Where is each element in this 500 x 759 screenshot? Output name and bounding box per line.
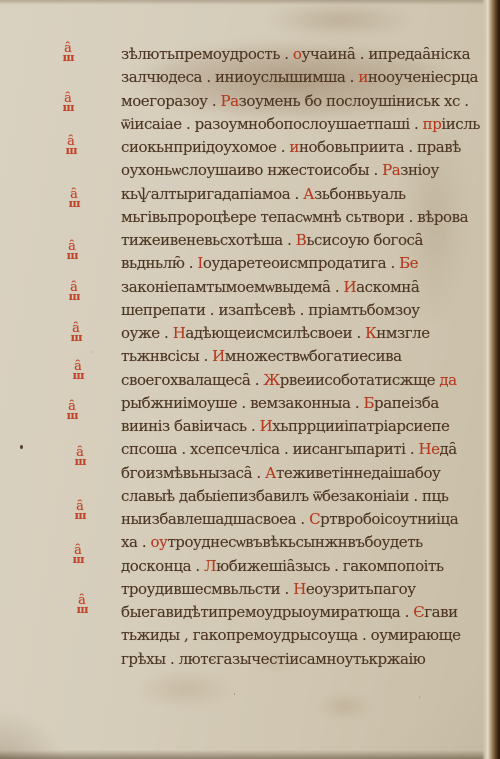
margin-mark: а̑ш <box>61 188 87 209</box>
rubric-text-run: да <box>439 371 456 389</box>
rubric-text-run: И <box>212 347 225 365</box>
rubric-text-run: и <box>289 138 299 156</box>
ink-text-run: троудившесмвьльсти . <box>121 580 293 598</box>
text-line: зѣлютьпремоудрость . оучаина̑ . ипредаа̑… <box>121 45 483 68</box>
rubric-text-run: Ра <box>221 92 239 110</box>
manuscript-photo: а̑ша̑ша̑ша̑ша̑ша̑ша̑ша̑ша̑ша̑ша̑ша̑ша̑ш … <box>0 0 500 759</box>
ink-text-run: теживетіннедаішабоу <box>276 464 440 482</box>
text-line: мьгівьпророцѣере тепасѡмнѣ сьтвори . вѣр… <box>121 208 483 231</box>
ink-text-run: учаина̑ . ипредаа̑ніска <box>301 45 470 63</box>
ink-text-run: ьсисоую богоса̑ <box>306 231 423 249</box>
ink-text-run: да̑ <box>440 440 457 458</box>
rubric-text-run: Н <box>173 324 186 342</box>
margin-mark: а̑ш <box>67 500 93 521</box>
margin-mark-bottom-glyph: ш <box>67 456 93 467</box>
margin-mark-bottom-glyph: ш <box>58 145 84 156</box>
rubric-text-run: С <box>309 510 320 528</box>
ink-text-run: оударетеоисмпродатига . <box>203 254 399 272</box>
page-edge-bottom <box>0 750 500 759</box>
margin-mark-bottom-glyph: ш <box>63 332 89 343</box>
ink-text-run: адѣющеисмсилѣсвоеи . <box>185 324 365 342</box>
text-line: тижеивеневьсхотѣша . Вьсисоую богоса̑ <box>121 231 483 254</box>
text-line: быегавидѣтипремоудрыоумиратюща . Єгави <box>121 603 483 626</box>
ink-text-run: тьжнвсісы . <box>121 347 212 365</box>
text-line: моегоразоу . Разоумень бо послоушіниськ … <box>121 92 483 115</box>
ink-text-run: оуже . <box>121 324 173 342</box>
text-line: вьдньлю̑ . Іоударетеоисмпродатига . Бе <box>121 254 483 277</box>
margin-mark: а̑ш <box>67 446 93 467</box>
rubric-text-run: Не <box>418 440 439 458</box>
text-line: залчюдеса . иниоуслышимша . инооученіеср… <box>121 68 483 91</box>
margin-mark-bottom-glyph: ш <box>65 554 91 565</box>
page-edge-top <box>0 0 500 5</box>
margin-mark: а̑ш <box>55 92 81 113</box>
rubric-text-run: Ж <box>263 371 279 389</box>
rubric-text-run: К <box>365 324 376 342</box>
ink-text-run: спсоша . хсепсечліса . иисангыпариті . <box>121 440 418 458</box>
text-line: тьжнвсісы . Имножествѡбогатиесива <box>121 347 483 370</box>
ink-text-run: бгоизмѣвьнызаса̑ . <box>121 464 265 482</box>
ink-text-run: сиокьнприідоухомое . <box>121 138 289 156</box>
ink-text-run: вьдньлю̑ . <box>121 254 197 272</box>
margin-mark-bottom-glyph: ш <box>55 52 81 63</box>
rubric-text-run: Л <box>204 557 216 575</box>
ink-text-run: зоумень бо послоушіниськ хс . <box>239 92 469 110</box>
text-line: ѿіисаіае . разоумнобопослоушаетпаші . пр… <box>121 115 483 138</box>
ink-text-run: еоузритьпагоу <box>306 580 416 598</box>
text-block: зѣлютьпремоудрость . оучаина̑ . ипредаа̑… <box>121 45 483 673</box>
ink-text-run: тьжиды , гакопремоудрысоуща . оумирающе <box>121 626 461 644</box>
margin-mark-bottom-glyph: ш <box>67 510 93 521</box>
text-line: тьжиды , гакопремоудрысоуща . оумирающе <box>121 626 483 649</box>
rubric-text-run: И <box>260 417 273 435</box>
ink-text-run: шепрепати . изапѣсевѣ . пріамтьбомзоу <box>121 301 420 319</box>
margin-mark: а̑ш <box>55 42 81 63</box>
margin-mark: а̑ш <box>61 281 87 302</box>
margin-mark-bottom-glyph: ш <box>59 410 85 421</box>
rubric-text-run: пр <box>423 115 442 133</box>
ink-text-run: ртвробоісоутниіца <box>320 510 458 528</box>
ink-text-run: рвеиисоботатисжще <box>280 371 440 389</box>
text-line: рыбжниімоуше . вемзаконныа . Брапеізба <box>121 394 483 417</box>
text-line: грѣхы . лютєгазычестіисамноутькржаію <box>121 650 483 673</box>
ink-text-run: зніоу <box>400 161 439 179</box>
rubric-text-run: Є <box>413 603 424 621</box>
margin-mark: а̑ш <box>58 135 84 156</box>
parchment-specks <box>20 445 23 449</box>
ink-text-run: залчюдеса . иниоуслышимша . <box>121 68 358 86</box>
ink-text-run: іисль <box>441 115 480 133</box>
ink-text-run: рапеізба <box>374 394 439 412</box>
rubric-text-run: оу <box>150 533 167 551</box>
text-line: своегохвалащеса̑ . Жрвеиисоботатисжще да <box>121 371 483 394</box>
text-line: ха . оутроуднесѡвъвѣкьсынжнвъбоудеть <box>121 533 483 556</box>
margin-mark: а̑ш <box>65 544 91 565</box>
ink-text-run: оухоньѡслоушаиво нжестоисобы . <box>121 161 382 179</box>
margin-mark: а̑ш <box>59 400 85 421</box>
ink-text-run: юбижешіа̑зысь . гакомпопоіть <box>216 557 443 575</box>
ink-text-run: ныизбавлешадшасвоеа . <box>121 510 309 528</box>
ink-text-run: славыѣ дабыіепизбавилъ ѿбезаконіаіи . пц… <box>121 487 448 505</box>
book-fore-edge <box>482 0 500 759</box>
rubric-text-run: В <box>296 231 307 249</box>
margin-mark-bottom-glyph: ш <box>55 102 81 113</box>
text-line: троудившесмвьльсти . Неоузритьпагоу <box>121 580 483 603</box>
ink-text-run: тижеивеневьсхотѣша . <box>121 231 296 249</box>
margin-mark: а̑ш <box>63 322 89 343</box>
ink-text-run: мьгівьпророцѣере тепасѡмнѣ сьтвори . вѣр… <box>121 208 468 226</box>
text-line: ныизбавлешадшасвоеа . Сртвробоісоутниіца <box>121 510 483 533</box>
ink-text-run: кьѱалтыригадапіамоа . <box>121 185 303 203</box>
rubric-text-run: Б <box>363 394 374 412</box>
ink-text-run: грѣхы . лютєгазычестіисамноутькржаію <box>121 650 425 668</box>
text-line: досконца . Любижешіа̑зысь . гакомпопоіть <box>121 557 483 580</box>
ink-text-run: зѣлютьпремоудрость . <box>121 45 293 63</box>
margin-mark-bottom-glyph: ш <box>69 604 95 615</box>
text-line: законіепамтымоемѡвыдема̑ . Иаскомна̑ <box>121 278 483 301</box>
text-line: вииніз бавіичась . Ихьпррцииіпатріарсиеп… <box>121 417 483 440</box>
rubric-text-run: А <box>265 464 276 482</box>
ink-text-run: нобовьприита . правѣ <box>299 138 461 156</box>
ink-text-run: ѿіисаіае . разоумнобопослоушаетпаші . <box>121 115 423 133</box>
ink-text-run: быегавидѣтипремоудрыоумиратюща . <box>121 603 413 621</box>
ink-text-run: хьпррцииіпатріарсиепе <box>272 417 449 435</box>
margin-mark-bottom-glyph: ш <box>61 198 87 209</box>
rubric-text-run: и <box>358 68 368 86</box>
ink-text-run: вииніз бавіичась . <box>121 417 260 435</box>
rubric-text-run: Бе <box>399 254 418 272</box>
ink-text-run: троуднесѡвъвѣкьсынжнвъбоудеть <box>167 533 422 551</box>
rubric-text-run: Н <box>293 580 306 598</box>
ink-text-run: рыбжниімоуше . вемзаконныа . <box>121 394 363 412</box>
text-line: шепрепати . изапѣсевѣ . пріамтьбомзоу <box>121 301 483 324</box>
margin-mark-bottom-glyph: ш <box>61 291 87 302</box>
ink-text-run: аскомна̑ <box>356 278 419 296</box>
ink-text-run: досконца . <box>121 557 204 575</box>
ink-text-run: нооученіесрца <box>368 68 478 86</box>
text-line: сиокьнприідоухомое . инобовьприита . пра… <box>121 138 483 161</box>
ink-text-run: ха . <box>121 533 150 551</box>
ink-text-run: законіепамтымоемѡвыдема̑ . <box>121 278 344 296</box>
ink-text-run: множествѡбогатиесива <box>225 347 402 365</box>
ink-text-run: нмзгле <box>376 324 429 342</box>
margin-mark: а̑ш <box>65 360 91 381</box>
ink-stain-top-edge <box>250 0 430 40</box>
rubric-text-run: Ра <box>382 161 400 179</box>
text-line: оуже . Надѣющеисмсилѣсвоеи . Кнмзгле <box>121 324 483 347</box>
text-line: кьѱалтыригадапіамоа . Азьбонвьуаль <box>121 185 483 208</box>
ink-text-run: моегоразоу . <box>121 92 221 110</box>
margin-mark-bottom-glyph: ш <box>65 370 91 381</box>
text-line: спсоша . хсепсечліса . иисангыпариті . Н… <box>121 440 483 463</box>
margin-mark-bottom-glyph: ш <box>59 250 85 261</box>
corner-shadow <box>0 689 90 759</box>
rubric-text-run: А <box>303 185 314 203</box>
margin-mark: а̑ш <box>59 240 85 261</box>
ink-text-run: гави <box>424 603 457 621</box>
margin-mark: а̑ш <box>69 594 95 615</box>
text-line: славыѣ дабыіепизбавилъ ѿбезаконіаіи . пц… <box>121 487 483 510</box>
text-line: бгоизмѣвьнызаса̑ . Атеживетіннедаішабоу <box>121 464 483 487</box>
text-line: оухоньѡслоушаиво нжестоисобы . Разніоу <box>121 161 483 184</box>
rubric-text-run: И <box>344 278 357 296</box>
ink-text-run: зьбонвьуаль <box>314 185 406 203</box>
ink-text-run: своегохвалащеса̑ . <box>121 371 263 389</box>
